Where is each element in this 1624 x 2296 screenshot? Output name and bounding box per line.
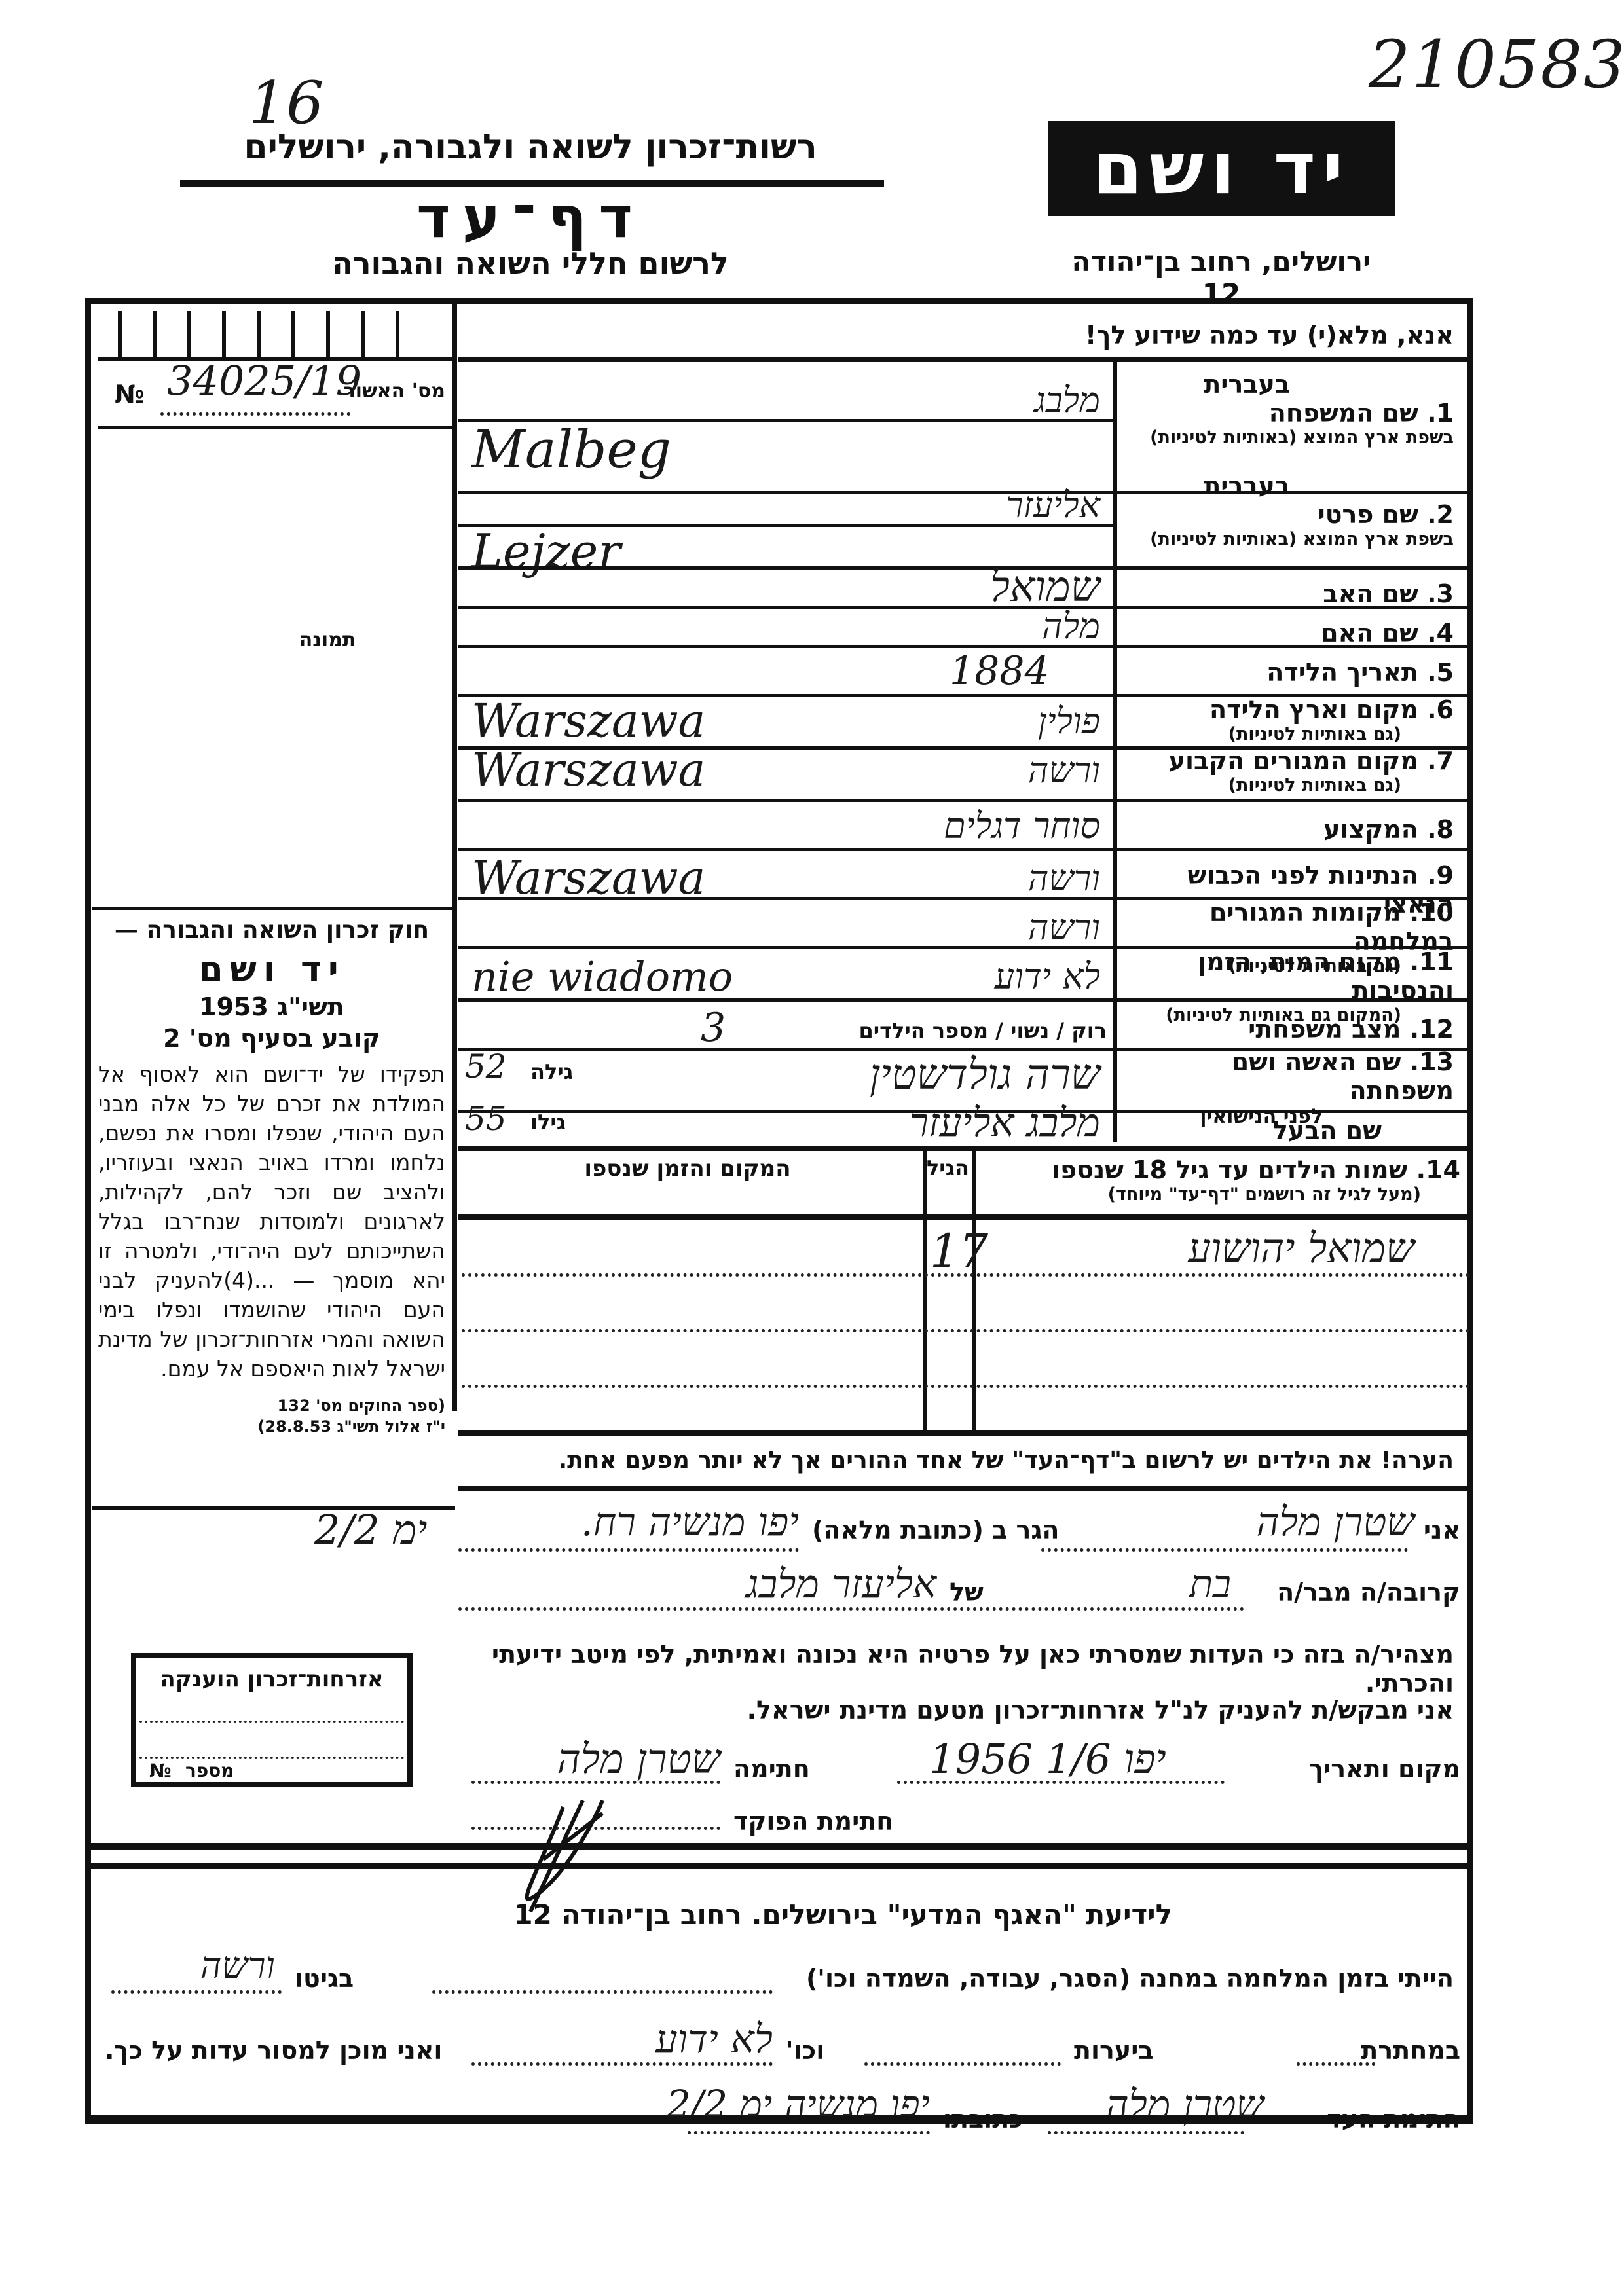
wife-age-label: גילה [530, 1059, 573, 1084]
forests-line [864, 2062, 1061, 2066]
camp-line-label: הייתי בזמן המלחמה במחנה (הסגר, עבודה, הש… [655, 1964, 1454, 1993]
field-birth-date-label: 5. תאריך הלידה [1120, 658, 1454, 687]
wife-age-value[interactable]: 52 [465, 1048, 507, 1085]
birth-place-latin-value[interactable]: Warszawa [471, 694, 705, 748]
field-family-name-label: בעברית 1. שם המשפחה בשפת ארץ המוצא (באות… [1120, 370, 1454, 448]
law-reference: (ספר החוקים מס' 132 י"ז אלול תשי"ג 28.8.… [98, 1395, 445, 1437]
row-line [458, 998, 1467, 1002]
family-name-latin-value[interactable]: Malbeg [471, 419, 671, 480]
certificate-number-line [160, 412, 350, 416]
children-header-label: 14. שמות הילדים עד גיל 18 שנספו [982, 1156, 1460, 1184]
child-row-line [462, 1329, 1470, 1332]
relation-label: קרובה/ה מבר/ה [1277, 1578, 1460, 1607]
stamp-number-label: מספר [185, 1760, 234, 1781]
note-underline [458, 1486, 1470, 1491]
archive-id-handwritten: 210583 [1369, 26, 1624, 103]
law-year: תשי"ג 1953 [98, 993, 445, 1021]
field-occupation-label: 8. המקצוע [1120, 815, 1454, 844]
ghetto-line [111, 1990, 282, 1994]
husband-age-label: גילו [530, 1110, 566, 1135]
first-name-latin-value[interactable]: Lejzer [471, 524, 621, 579]
code-box-tick [291, 311, 295, 357]
children-count-value[interactable]: 3 [701, 1005, 726, 1051]
field-label: מקום המגורים הקבוע [1169, 746, 1418, 775]
field-number: 6. [1427, 695, 1454, 724]
law-text: תפקידו של יד־ושם הוא לאסוף אל המולדת את … [98, 1059, 445, 1383]
field-marital-status-label: 12. מצב משפחתי [1120, 1015, 1454, 1044]
field-label: מקום וארץ הלידה [1209, 695, 1418, 724]
children-table-divider [972, 1149, 976, 1430]
declarant-signature[interactable]: שטרן מלה [471, 1735, 720, 1783]
forests-label: ביערות [1074, 2036, 1154, 2065]
bottom-double-rule-bottom [85, 1863, 1473, 1869]
marital-options: רוק / נשוי / מספר הילדים [720, 1018, 1107, 1043]
certificate-number[interactable]: 34025/19 [167, 357, 361, 405]
field-first-name-label: בעברית 2. שם פרטי בשפת ארץ המוצא (באותיו… [1120, 471, 1454, 549]
etc-value[interactable]: לא ידוע [498, 2016, 773, 2062]
row-line [458, 799, 1467, 802]
hebrew-tag: בעברית [1120, 370, 1454, 399]
field-number: 1. [1427, 399, 1454, 428]
law-ref-line1: (ספר החוקים מס' 132 [98, 1395, 445, 1416]
witness-signature-line [1048, 2131, 1244, 2134]
declarant-address[interactable]: יפו מנשיה רח. [471, 1499, 799, 1545]
hebrew-tag: בעברית [1120, 471, 1454, 500]
signature-line [471, 1781, 720, 1784]
authority-name: רשות־זכרון לשואה ולגבורה, ירושלים [177, 128, 884, 167]
birth-date-value[interactable]: 1884 [950, 648, 1050, 694]
children-header-sublabel: (מעל לגיל זה רושמים "דף־עד" מיוחד) [982, 1184, 1460, 1205]
stamp-line [139, 1721, 404, 1723]
field-sublabel: (גם באותיות לטיניות) [1120, 775, 1454, 795]
death-place-hebrew-value[interactable]: לא ידוע [773, 956, 1100, 997]
citizenship-stamp-box: אזרחות־זכרון הוענקה № מספר [131, 1653, 413, 1787]
victim-name-ref[interactable]: אליעזר מלבג [609, 1561, 936, 1607]
label-column-divider [1113, 357, 1117, 1142]
field-label: המקצוע [1323, 815, 1418, 844]
ghetto-label: בגיטו [295, 1964, 354, 1993]
code-box-tick [396, 311, 399, 357]
address-label: הגר ב (כתובת מלאה) [812, 1516, 1059, 1544]
code-box-tick [153, 311, 157, 357]
family-name-hebrew-value[interactable]: מלבג [773, 380, 1100, 421]
field-number: 4. [1427, 619, 1454, 647]
field-father-name-label: 3. שם האב [1120, 579, 1454, 608]
code-box-tick [222, 311, 226, 357]
father-name-value[interactable]: שמואל [773, 563, 1100, 611]
field-label: שם האב [1323, 579, 1418, 608]
field-label: שם המשפחה [1269, 399, 1418, 428]
field-number: 11. [1410, 947, 1454, 976]
declaration-prefix: אני [1424, 1516, 1460, 1544]
etc-line [471, 2062, 773, 2066]
children-header-rule [458, 1214, 1470, 1220]
bottom-double-rule-top [85, 1843, 1473, 1850]
declarant-name[interactable]: שטרן מלה [1139, 1499, 1414, 1545]
declarant-name-line [1041, 1548, 1408, 1552]
field-label: שם פרטי [1318, 500, 1418, 529]
certificate-label: מס' האשור [341, 380, 445, 403]
declarant-address-line [458, 1548, 799, 1552]
wartime-residence-value[interactable]: ורשה [773, 907, 1100, 948]
field-husband-name-label: שם הבעל [1120, 1116, 1382, 1145]
mother-name-value[interactable]: מלה [773, 606, 1100, 647]
photo-box-bottom [92, 907, 452, 910]
field-number: 10. [1410, 898, 1454, 927]
field-label: תאריך הלידה [1266, 658, 1418, 687]
photo-placeholder-label: תמונה [196, 629, 458, 651]
certificate-no-symbol: № [115, 380, 145, 409]
field-sublabel: (גם באותיות לטיניות) [1120, 724, 1454, 744]
citizenship-request: אני מבקש/ת להעניק לנ"ל אזרחות־זכרון מטעם… [471, 1696, 1454, 1724]
first-name-hebrew-value[interactable]: אליעזר [773, 484, 1100, 526]
info-section-title: לידיעת "האגף המדעי" בירושלים. רחוב בן־יה… [452, 1899, 1172, 1931]
of-label: של [950, 1578, 984, 1607]
law-title: חוק זכרון השואה והגבורה — [98, 917, 445, 943]
code-box-tick [326, 311, 330, 357]
husband-name-value[interactable]: מלבג אליעזר [773, 1100, 1100, 1146]
field-number: 2. [1427, 500, 1454, 529]
residence-latin-value[interactable]: Warszawa [471, 743, 705, 797]
relation-line [458, 1607, 1244, 1611]
field-number: 7. [1427, 746, 1454, 775]
field-label: שם האם [1321, 619, 1418, 647]
etc-label: וכו' [786, 2036, 824, 2065]
residence-hebrew-value[interactable]: ורשה [773, 750, 1100, 791]
code-box-tick [187, 311, 191, 357]
field-mother-name-label: 4. שם האם [1120, 619, 1454, 647]
code-box-tick [361, 311, 365, 357]
ghetto-value[interactable]: ורשה [144, 1944, 275, 1987]
child-row-line [462, 1273, 1470, 1277]
law-block: חוק זכרון השואה והגבורה — יד ושם תשי"ג 1… [98, 917, 445, 1437]
children-header-place: המקום והזמן שנספו [458, 1156, 917, 1182]
underground-label: במחתרת [1361, 2036, 1460, 2065]
child-name[interactable]: שמואל יהושוע [1022, 1224, 1414, 1273]
code-box-tick [118, 311, 122, 357]
children-table-bottom [458, 1430, 1470, 1436]
field-number: 3. [1427, 579, 1454, 608]
declaration-statement: מצהיר/ה בזה כי העדות שמסרתי כאן על פרטיה… [471, 1640, 1454, 1698]
occupation-value[interactable]: סוחר דגלים [773, 805, 1100, 847]
children-table-divider [923, 1149, 927, 1430]
children-header-name: 14. שמות הילדים עד גיל 18 שנספו (מעל לגי… [982, 1156, 1460, 1205]
field-number: 5. [1427, 658, 1454, 687]
yad-vashem-logo: יד ושם [1048, 121, 1395, 216]
field-label: מצב משפחתי [1248, 1015, 1401, 1044]
birth-place-hebrew-value[interactable]: פולין [773, 701, 1100, 742]
document-subtitle: לרשום חללי השואה והגבורה [255, 246, 805, 281]
form-bottom-border [85, 2116, 1473, 2124]
field-residence-label: 7. מקום המגורים הקבוע (גם באותיות לטיניו… [1120, 746, 1454, 795]
declarant-address-cont[interactable]: ימ 2/2 [314, 1506, 428, 1554]
field-sublabel: בשפת ארץ המוצא (באותיות לטיניות) [1120, 529, 1454, 549]
document-title: דף־עד [373, 183, 688, 251]
field-number: 9. [1427, 861, 1454, 890]
left-column-divider [452, 298, 457, 1411]
field-sublabel: בשפת ארץ המוצא (באותיות לטיניות) [1120, 428, 1454, 448]
field-number: 13. [1410, 1048, 1454, 1076]
husband-age-value[interactable]: 55 [465, 1100, 507, 1138]
ready-to-testify: ואני מוכן למסור עדות על כך. [105, 2036, 442, 2065]
relation-value[interactable]: בת [982, 1561, 1231, 1606]
code-box-tick [257, 311, 261, 357]
child-row-line [462, 1385, 1470, 1388]
signature-label: חתימה [733, 1755, 810, 1783]
law-section: קובע בסעיף מס' 2 [98, 1024, 445, 1053]
form-intro: אנא, מלא(י) עד כמה שידוע לך! [471, 321, 1454, 350]
official-signature-label: חתימת הפוקד [733, 1807, 893, 1836]
children-note: הערה! את הילדים יש לרשום ב"דף־העד" של אח… [471, 1447, 1454, 1474]
wife-name-value[interactable]: שרה גולדשטין [773, 1051, 1100, 1099]
children-header-age: הגיל [930, 1156, 969, 1180]
place-date-label: מקום ותאריך [1309, 1755, 1460, 1783]
certificate-underline [98, 426, 452, 429]
law-name: יד ושם [98, 949, 445, 990]
field-death-place-label: 11. מקום המות, הזמן והנסיבות (המקום גם ב… [1120, 947, 1454, 1025]
stamp-number-line [139, 1757, 404, 1759]
witness-address-line [688, 2131, 930, 2134]
death-place-latin-value[interactable]: nie wiadomo [471, 953, 733, 1000]
place-date-value[interactable]: יפו 1/6 1956 [864, 1735, 1231, 1783]
stamp-title: אזרחות־זכרון הוענקה [136, 1666, 407, 1692]
camp-line [432, 1990, 773, 1994]
field-birth-place-label: 6. מקום וארץ הלידה (גם באותיות לטיניות) [1120, 695, 1454, 744]
underground-line [1297, 2062, 1375, 2066]
stamp-number-symbol: № [149, 1760, 172, 1781]
nationality-hebrew-value[interactable]: ורשה [773, 858, 1100, 899]
place-date-line [897, 1781, 1225, 1784]
field-number: 8. [1427, 815, 1454, 844]
field-number: 12. [1410, 1015, 1454, 1044]
section-divider [458, 1146, 1470, 1151]
intro-underline [458, 357, 1470, 362]
law-ref-line2: י"ז אלול תשי"ג 28.8.53) [98, 1416, 445, 1437]
child-age[interactable]: 17 [930, 1224, 988, 1278]
